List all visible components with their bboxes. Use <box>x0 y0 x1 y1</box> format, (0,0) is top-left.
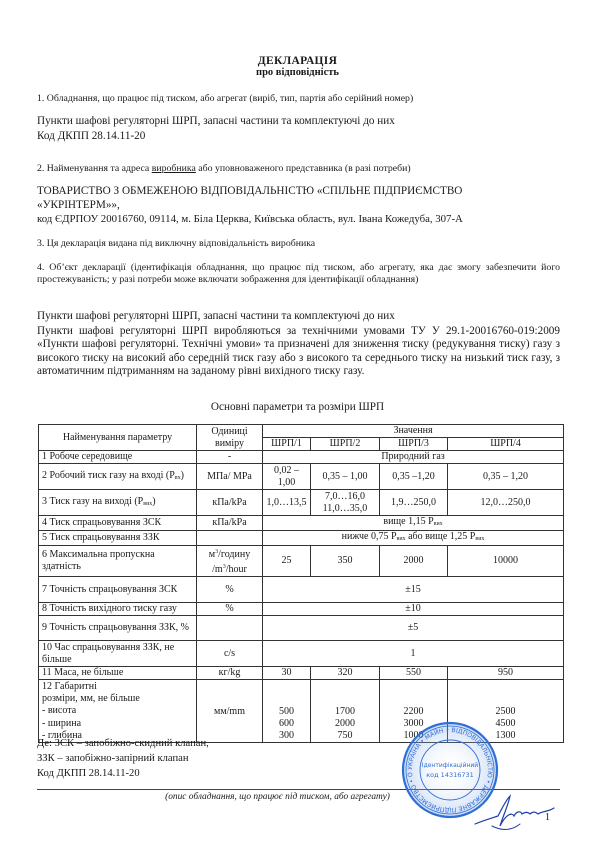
row-6-value-4: 10000 <box>448 546 564 577</box>
row-3-value-1: 1,0…13,5 <box>263 490 311 516</box>
row-12-param-line: розміри, мм, не більше <box>42 693 193 705</box>
row-3-param: 3 Тиск газу на виході (Pвих) <box>39 490 197 516</box>
row-2-value-2: 0,35 – 1,00 <box>311 464 380 490</box>
section-1-product: Пункти шафові регуляторні ШРП, запасні ч… <box>37 115 395 127</box>
height-value: 500 <box>266 706 307 718</box>
row-6-param: 6 Максимальна пропускна здатність <box>39 546 197 577</box>
row-9-param: 9 Точність спрацьовування ЗЗК, % <box>39 616 197 641</box>
section-4-product: Пункти шафові регуляторні ШРП, запасні ч… <box>37 310 395 322</box>
row-9-units <box>197 616 263 641</box>
row-7-units: % <box>197 577 263 603</box>
row-4-units: кПа/kPa <box>197 516 263 531</box>
manufacturer-address: код ЄДРПОУ 20016760, 09114, м. Біла Церк… <box>37 213 463 225</box>
row-6-units-c: /hour <box>226 564 247 575</box>
row-11-value-2: 320 <box>311 667 380 680</box>
row-2-value-1: 0,02 – 1,00 <box>263 464 311 490</box>
document-subtitle: про відповідність <box>0 67 595 78</box>
section-1-code: Код ДКПП 28.14.11-20 <box>37 130 145 142</box>
declaration-page: ДЕКЛАРАЦІЯ про відповідність 1. Обладнан… <box>0 0 595 842</box>
row-4-param: 4 Тиск спрацьовування ЗСК <box>39 516 197 531</box>
row-4-value-text: вище 1,15 P <box>383 516 433 527</box>
header-model-4: ШРП/4 <box>448 438 564 451</box>
legend-zsk: Де: ЗСК – запобіжно-скидний клапан, <box>37 738 209 749</box>
header-model-1: ШРП/1 <box>263 438 311 451</box>
table-row: 10 Час спрацьовування ЗЗК, не більше c/s… <box>39 641 564 667</box>
stamp-center-line2: код 14316731 <box>426 771 474 779</box>
table-row: 6 Максимальна пропускна здатність м3/год… <box>39 546 564 577</box>
header-model-2: ШРП/2 <box>311 438 380 451</box>
page-number: 1 <box>545 812 550 823</box>
height-value: 2200 <box>383 706 444 718</box>
row-11-value-3: 550 <box>380 667 448 680</box>
section-2-heading-post: або уповноваженого представника (в разі … <box>196 163 411 174</box>
row-10-units: c/s <box>197 641 263 667</box>
row-9-value: ±5 <box>263 616 564 641</box>
header-units: Одиниці виміру <box>197 425 263 451</box>
row-3-param-sub: вих <box>143 501 152 507</box>
row-12-param-line: 12 Габаритні <box>42 681 193 693</box>
height-value: 1700 <box>314 706 376 718</box>
row-2-value-4: 0,35 – 1,20 <box>448 464 564 490</box>
parameters-table: Найменування параметру Одиниці виміру Зн… <box>38 424 564 743</box>
row-2-param: 2 Робочий тиск газу на вході (Pвх) <box>39 464 197 490</box>
legend-zzk: ЗЗК – запобіжно-запірний клапан <box>37 753 188 764</box>
row-5-value-pre: нижче 0,75 P <box>342 531 397 542</box>
row-8-param: 8 Точність вихідного тиску газу <box>39 603 197 616</box>
row-5-value: нижче 0,75 Pвих або вище 1,25 Pвих <box>263 531 564 546</box>
manufacturer-name-line2: «УКРІНТЕРМ»», <box>37 199 120 211</box>
row-11-param: 11 Маса, не більше <box>39 667 197 680</box>
row-1-value: Природний газ <box>263 451 564 464</box>
row-11-value-1: 30 <box>263 667 311 680</box>
row-6-value-2: 350 <box>311 546 380 577</box>
table-row: 4 Тиск спрацьовування ЗСК кПа/kPa вище 1… <box>39 516 564 531</box>
header-model-3: ШРП/3 <box>380 438 448 451</box>
section-4-heading: 4. Об’єкт декларації (ідентифікація обла… <box>37 262 560 287</box>
row-2-units: МПа/ MPa <box>197 464 263 490</box>
row-12-param: 12 Габаритні розміри, мм, не більше - ви… <box>39 680 197 743</box>
table-caption: Основні параметри та розміри ШРП <box>0 401 595 413</box>
row-7-value: ±15 <box>263 577 564 603</box>
row-3-value-4: 12,0…250,0 <box>448 490 564 516</box>
row-12-value-2: 1700 2000 750 <box>311 680 380 743</box>
row-12-param-line: - висота <box>42 705 193 717</box>
section-2-heading-pre: 2. Найменування та адреса <box>37 163 152 174</box>
row-8-units: % <box>197 603 263 616</box>
row-3-value-3: 1,9…250,0 <box>380 490 448 516</box>
legend-code: Код ДКПП 28.14.11-20 <box>37 768 140 779</box>
depth-value: 750 <box>314 730 376 742</box>
row-2-param-end: ) <box>181 470 184 481</box>
table-row: 3 Тиск газу на виході (Pвих) кПа/kPa 1,0… <box>39 490 564 516</box>
row-6-value-3: 2000 <box>380 546 448 577</box>
row-6-value-1: 25 <box>263 546 311 577</box>
table-row: 9 Точність спрацьовування ЗЗК, % ±5 <box>39 616 564 641</box>
table-row: 2 Робочий тиск газу на вході (Pвх) МПа/ … <box>39 464 564 490</box>
row-1-units: - <box>197 451 263 464</box>
table-row: 5 Тиск спрацьовування ЗЗК нижче 0,75 Pви… <box>39 531 564 546</box>
height-value: 2500 <box>451 706 560 718</box>
header-param: Найменування параметру <box>39 425 197 451</box>
width-value: 2000 <box>314 718 376 730</box>
row-12-value-1: 500 600 300 <box>263 680 311 743</box>
row-2-param-text: 2 Робочий тиск газу на вході (P <box>42 470 175 481</box>
width-value: 600 <box>266 718 307 730</box>
row-11-value-4: 950 <box>448 667 564 680</box>
stamp-center-line1: Ідентифікаційний <box>422 762 478 769</box>
table-row: 8 Точність вихідного тиску газу % ±10 <box>39 603 564 616</box>
row-5-param: 5 Тиск спрацьовування ЗЗК <box>39 531 197 546</box>
row-10-value: 1 <box>263 641 564 667</box>
row-8-value: ±10 <box>263 603 564 616</box>
row-5-units <box>197 531 263 546</box>
section-2-heading-manufacturer: виробника <box>152 163 196 174</box>
row-3-param-text: 3 Тиск газу на виході (P <box>42 496 143 507</box>
depth-value: 300 <box>266 730 307 742</box>
section-1-heading: 1. Обладнання, що працює під тиском, або… <box>37 93 413 104</box>
row-7-param: 7 Точність спрацьовування ЗСК <box>39 577 197 603</box>
row-3-value-2: 7,0…16,0 11,0…35,0 <box>311 490 380 516</box>
row-12-units: мм/mm <box>197 680 263 743</box>
row-11-units: кг/kg <box>197 667 263 680</box>
section-2-heading: 2. Найменування та адреса виробника або … <box>37 163 411 174</box>
manufacturer-name-line1: ТОВАРИСТВО З ОБМЕЖЕНОЮ ВІДПОВІДАЛЬНІСТЮ … <box>37 185 462 197</box>
section-3-heading: 3. Ця декларація видана під виключну від… <box>37 238 315 249</box>
document-title: ДЕКЛАРАЦІЯ <box>0 55 595 67</box>
row-10-param: 10 Час спрацьовування ЗЗК, не більше <box>39 641 197 667</box>
row-3-param-end: ) <box>152 496 155 507</box>
table-row: 11 Маса, не більше кг/kg 30 320 550 950 <box>39 667 564 680</box>
table-row: 1 Робоче середовище - Природний газ <box>39 451 564 464</box>
row-4-value: вище 1,15 Pвих <box>263 516 564 531</box>
row-5-value-sub2: вих <box>475 536 484 542</box>
row-5-value-mid: або вище 1,25 P <box>406 531 476 542</box>
header-values: Значення <box>263 425 564 438</box>
row-5-value-sub1: вих <box>397 536 406 542</box>
row-1-param: 1 Робоче середовище <box>39 451 197 464</box>
row-3-units: кПа/kPa <box>197 490 263 516</box>
section-4-description: Пункти шафові регуляторні ШРП виробляють… <box>37 325 560 378</box>
row-6-units: м3/годину /m3/hour <box>197 546 263 577</box>
row-12-param-line: - ширина <box>42 718 193 730</box>
row-2-value-3: 0,35 –1,20 <box>380 464 448 490</box>
row-4-value-sub: вих <box>434 521 443 527</box>
table-row: 7 Точність спрацьовування ЗСК % ±15 <box>39 577 564 603</box>
